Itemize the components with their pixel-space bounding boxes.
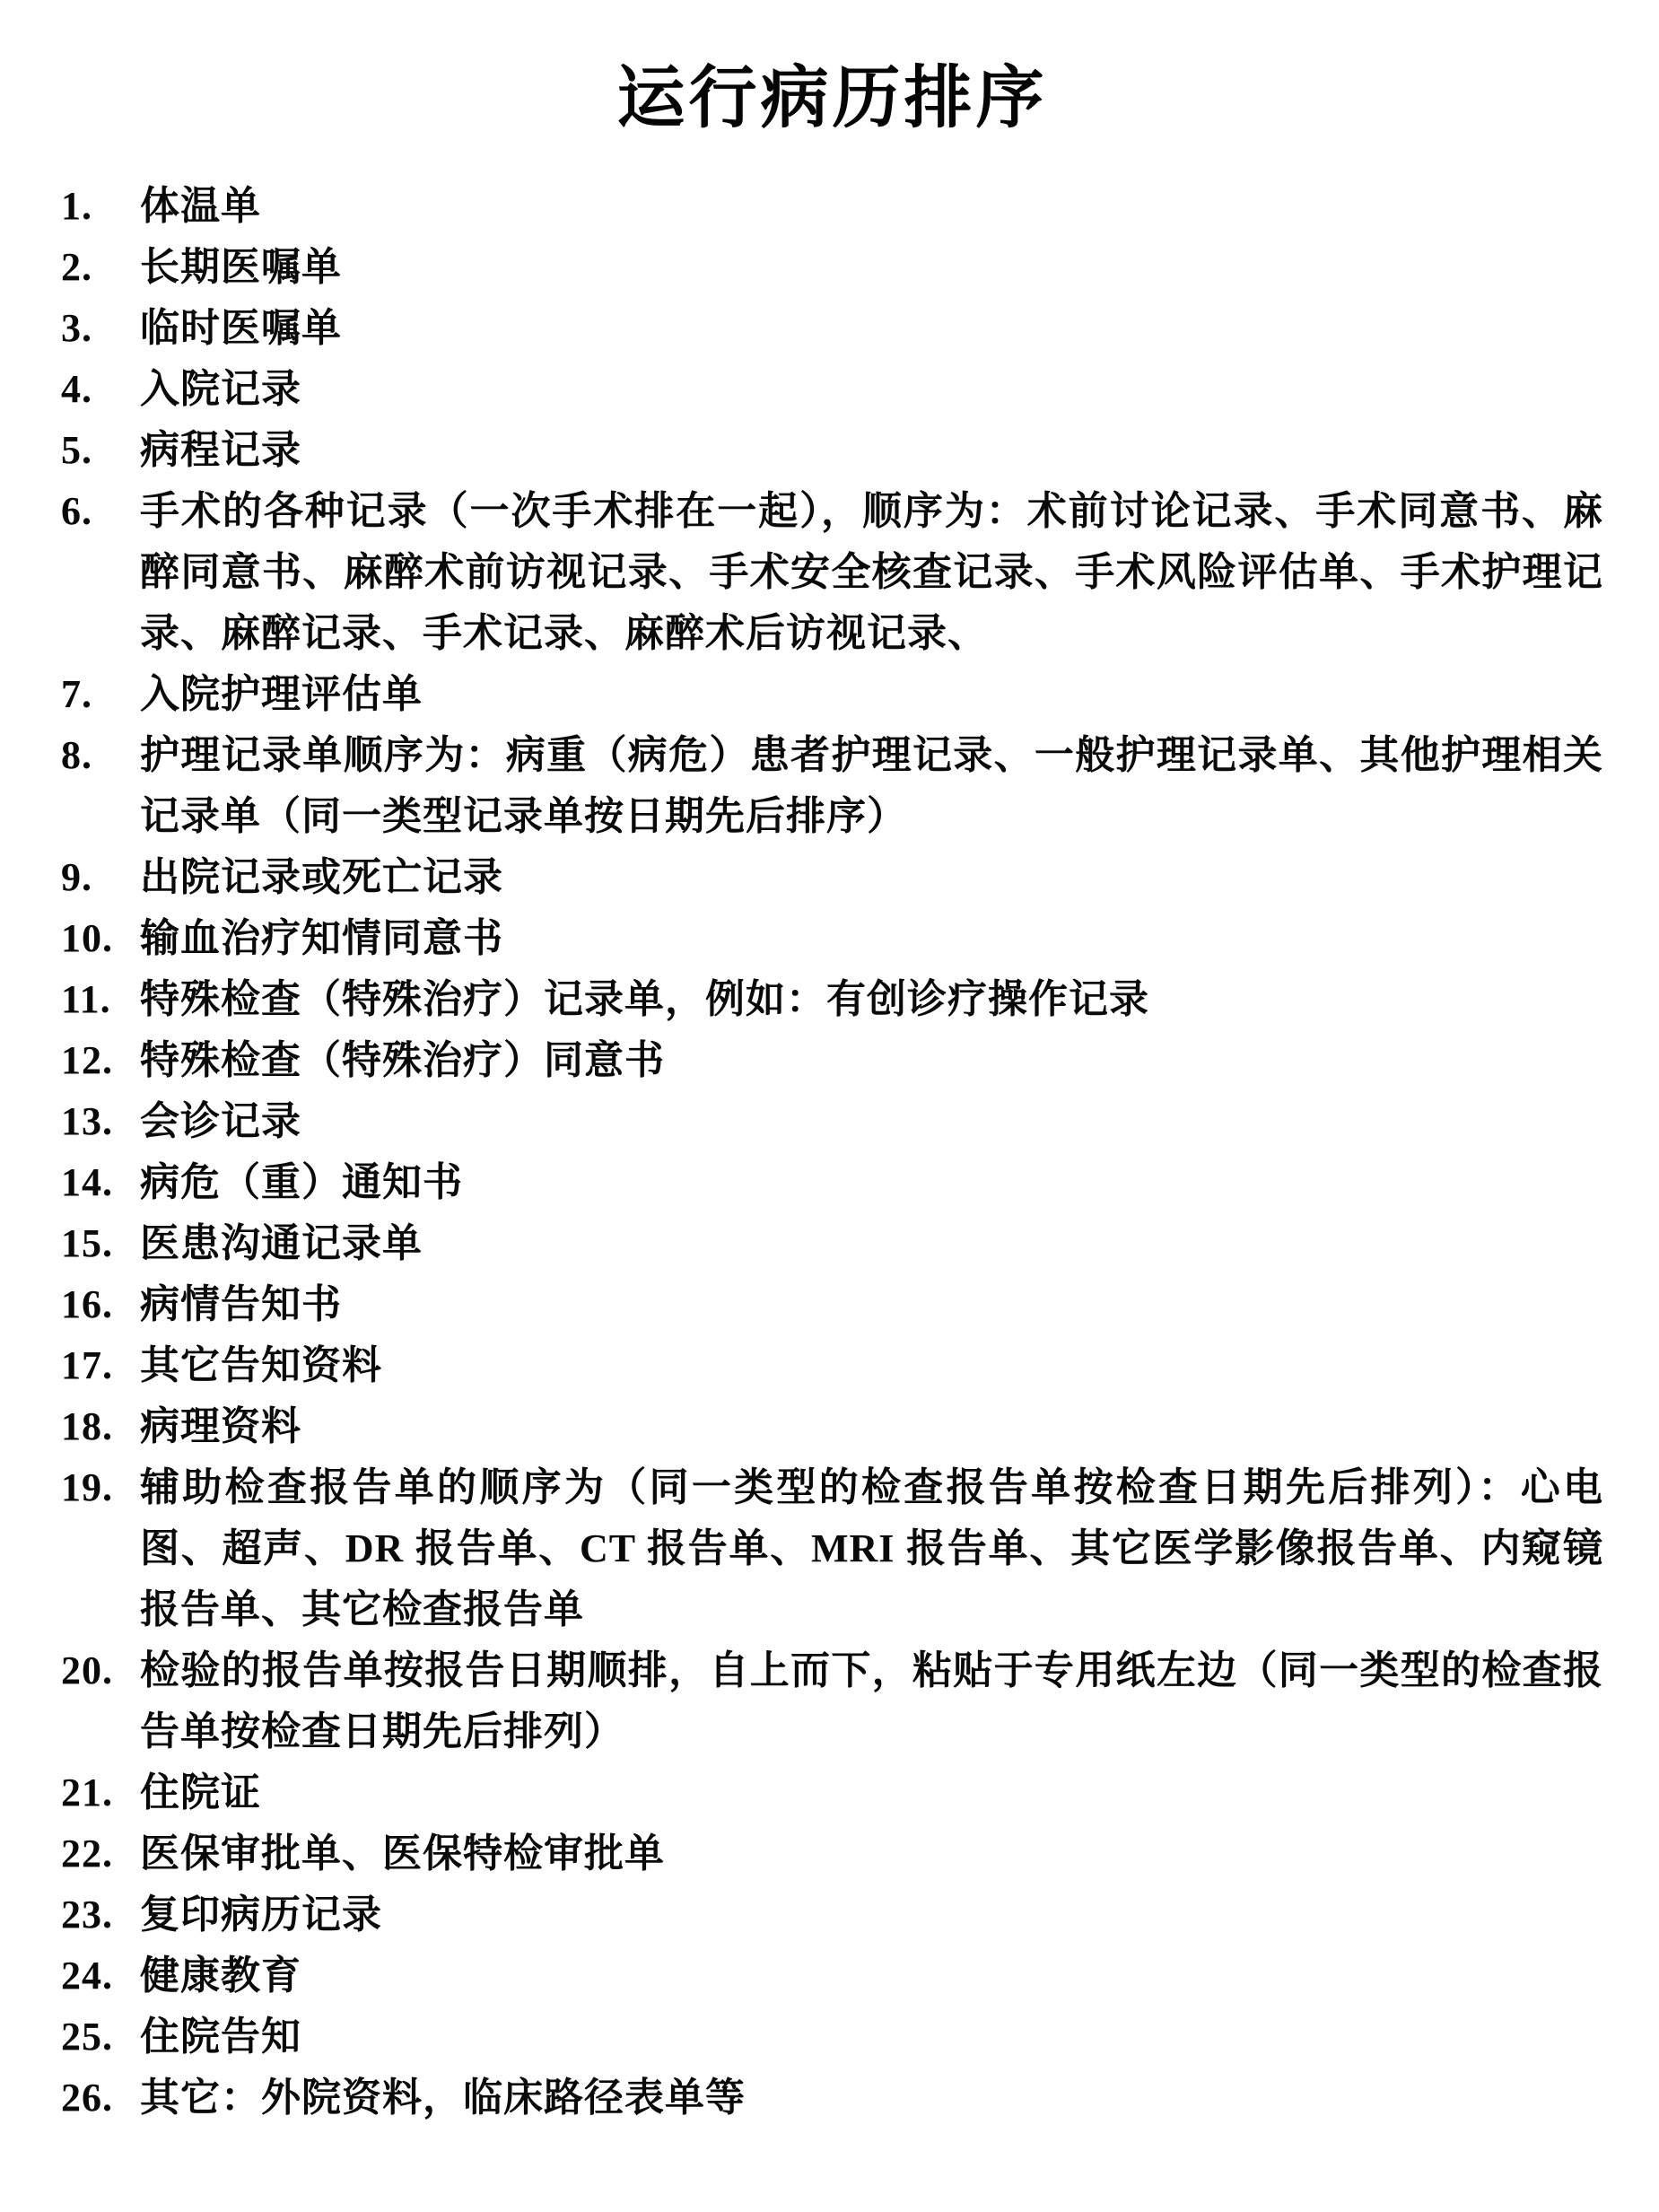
list-item-text: 住院证 bbox=[140, 1762, 1603, 1823]
list-item-text: 检验的报告单按报告日期顺排，自上而下，粘贴于专用纸左边（同一类型的检查报告单按检… bbox=[140, 1640, 1603, 1762]
list-item: 8. 护理记录单顺序为：病重（病危）患者护理记录、一般护理记录单、其他护理相关记… bbox=[61, 725, 1603, 847]
list-item: 18. 病理资料 bbox=[61, 1396, 1603, 1457]
list-item-text: 病危（重）通知书 bbox=[140, 1152, 1603, 1213]
list-item-text: 入院护理评估单 bbox=[140, 664, 1603, 725]
list-item-number: 17. bbox=[61, 1335, 140, 1396]
list-item-number: 7. bbox=[61, 664, 140, 725]
list-item-text: 病理资料 bbox=[140, 1396, 1603, 1457]
list-item: 13. 会诊记录 bbox=[61, 1091, 1603, 1152]
list-item: 23. 复印病历记录 bbox=[61, 1884, 1603, 1945]
list-item: 24. 健康教育 bbox=[61, 1945, 1603, 2007]
list-item-number: 5. bbox=[61, 420, 140, 481]
list-item-number: 15. bbox=[61, 1213, 140, 1274]
list-item-number: 26. bbox=[61, 2068, 140, 2129]
list-item: 6. 手术的各种记录（一次手术排在一起），顺序为：术前讨论记录、手术同意书、麻醉… bbox=[61, 481, 1603, 664]
list-item-number: 3. bbox=[61, 298, 140, 359]
list-item: 20. 检验的报告单按报告日期顺排，自上而下，粘贴于专用纸左边（同一类型的检查报… bbox=[61, 1640, 1603, 1762]
list-item: 4. 入院记录 bbox=[61, 359, 1603, 420]
list-item-text: 手术的各种记录（一次手术排在一起），顺序为：术前讨论记录、手术同意书、麻醉同意书… bbox=[140, 481, 1603, 664]
list-item: 10. 输血治疗知情同意书 bbox=[61, 908, 1603, 969]
list-item: 17. 其它告知资料 bbox=[61, 1335, 1603, 1396]
list-item-text: 临时医嘱单 bbox=[140, 298, 1603, 359]
list-item: 3. 临时医嘱单 bbox=[61, 298, 1603, 359]
list-item: 26. 其它：外院资料，临床路径表单等 bbox=[61, 2068, 1603, 2129]
list-item-text: 入院记录 bbox=[140, 359, 1603, 420]
list-item-number: 1. bbox=[61, 176, 140, 237]
list-item-text: 特殊检查（特殊治疗）记录单，例如：有创诊疗操作记录 bbox=[140, 969, 1603, 1030]
list-item-number: 22. bbox=[61, 1823, 140, 1884]
list-item-number: 25. bbox=[61, 2007, 140, 2068]
list-item: 11. 特殊检查（特殊治疗）记录单，例如：有创诊疗操作记录 bbox=[61, 969, 1603, 1030]
ordered-list: 1. 体温单 2. 长期医嘱单 3. 临时医嘱单 4. 入院记录 5. 病程记录… bbox=[61, 176, 1603, 2129]
list-item-text: 体温单 bbox=[140, 176, 1603, 237]
list-item-number: 10. bbox=[61, 908, 140, 969]
list-item: 16. 病情告知书 bbox=[61, 1274, 1603, 1335]
list-item-text: 住院告知 bbox=[140, 2007, 1603, 2068]
list-item-number: 23. bbox=[61, 1884, 140, 1945]
list-item-text: 护理记录单顺序为：病重（病危）患者护理记录、一般护理记录单、其他护理相关记录单（… bbox=[140, 725, 1603, 847]
list-item-text: 出院记录或死亡记录 bbox=[140, 847, 1603, 908]
list-item: 1. 体温单 bbox=[61, 176, 1603, 237]
list-item-text: 病程记录 bbox=[140, 420, 1603, 481]
list-item-number: 14. bbox=[61, 1152, 140, 1213]
list-item-text: 辅助检查报告单的顺序为（同一类型的检查报告单按检查日期先后排列）：心电图、超声、… bbox=[140, 1457, 1603, 1640]
list-item-number: 4. bbox=[61, 359, 140, 420]
list-item: 25. 住院告知 bbox=[61, 2007, 1603, 2068]
list-item: 12. 特殊检查（特殊治疗）同意书 bbox=[61, 1030, 1603, 1091]
list-item-text: 其它告知资料 bbox=[140, 1335, 1603, 1396]
list-item: 2. 长期医嘱单 bbox=[61, 237, 1603, 298]
list-item: 5. 病程记录 bbox=[61, 420, 1603, 481]
list-item-number: 19. bbox=[61, 1457, 140, 1518]
list-item-number: 9. bbox=[61, 847, 140, 908]
page-title: 运行病历排序 bbox=[61, 52, 1603, 145]
list-item-text: 健康教育 bbox=[140, 1945, 1603, 2007]
list-item-text: 会诊记录 bbox=[140, 1091, 1603, 1152]
list-item: 22. 医保审批单、医保特检审批单 bbox=[61, 1823, 1603, 1884]
list-item-text: 长期医嘱单 bbox=[140, 237, 1603, 298]
list-item-number: 11. bbox=[61, 969, 140, 1030]
list-item-number: 8. bbox=[61, 725, 140, 786]
list-item-number: 21. bbox=[61, 1762, 140, 1823]
list-item-number: 6. bbox=[61, 481, 140, 542]
list-item-text: 病情告知书 bbox=[140, 1274, 1603, 1335]
list-item-number: 13. bbox=[61, 1091, 140, 1152]
document-page: 运行病历排序 1. 体温单 2. 长期医嘱单 3. 临时医嘱单 4. 入院记录 … bbox=[0, 0, 1659, 2212]
list-item-number: 18. bbox=[61, 1396, 140, 1457]
list-item-number: 2. bbox=[61, 237, 140, 298]
list-item-number: 20. bbox=[61, 1640, 140, 1701]
list-item-text: 其它：外院资料，临床路径表单等 bbox=[140, 2068, 1603, 2129]
list-item: 15. 医患沟通记录单 bbox=[61, 1213, 1603, 1274]
list-item-number: 12. bbox=[61, 1030, 140, 1091]
list-item: 21. 住院证 bbox=[61, 1762, 1603, 1823]
list-item-text: 输血治疗知情同意书 bbox=[140, 908, 1603, 969]
list-item: 7. 入院护理评估单 bbox=[61, 664, 1603, 725]
list-item-text: 特殊检查（特殊治疗）同意书 bbox=[140, 1030, 1603, 1091]
list-item: 14. 病危（重）通知书 bbox=[61, 1152, 1603, 1213]
list-item-text: 医保审批单、医保特检审批单 bbox=[140, 1823, 1603, 1884]
list-item-number: 16. bbox=[61, 1274, 140, 1335]
list-item: 19. 辅助检查报告单的顺序为（同一类型的检查报告单按检查日期先后排列）：心电图… bbox=[61, 1457, 1603, 1640]
list-item-text: 医患沟通记录单 bbox=[140, 1213, 1603, 1274]
list-item-text: 复印病历记录 bbox=[140, 1884, 1603, 1945]
list-item-number: 24. bbox=[61, 1945, 140, 2007]
list-item: 9. 出院记录或死亡记录 bbox=[61, 847, 1603, 908]
